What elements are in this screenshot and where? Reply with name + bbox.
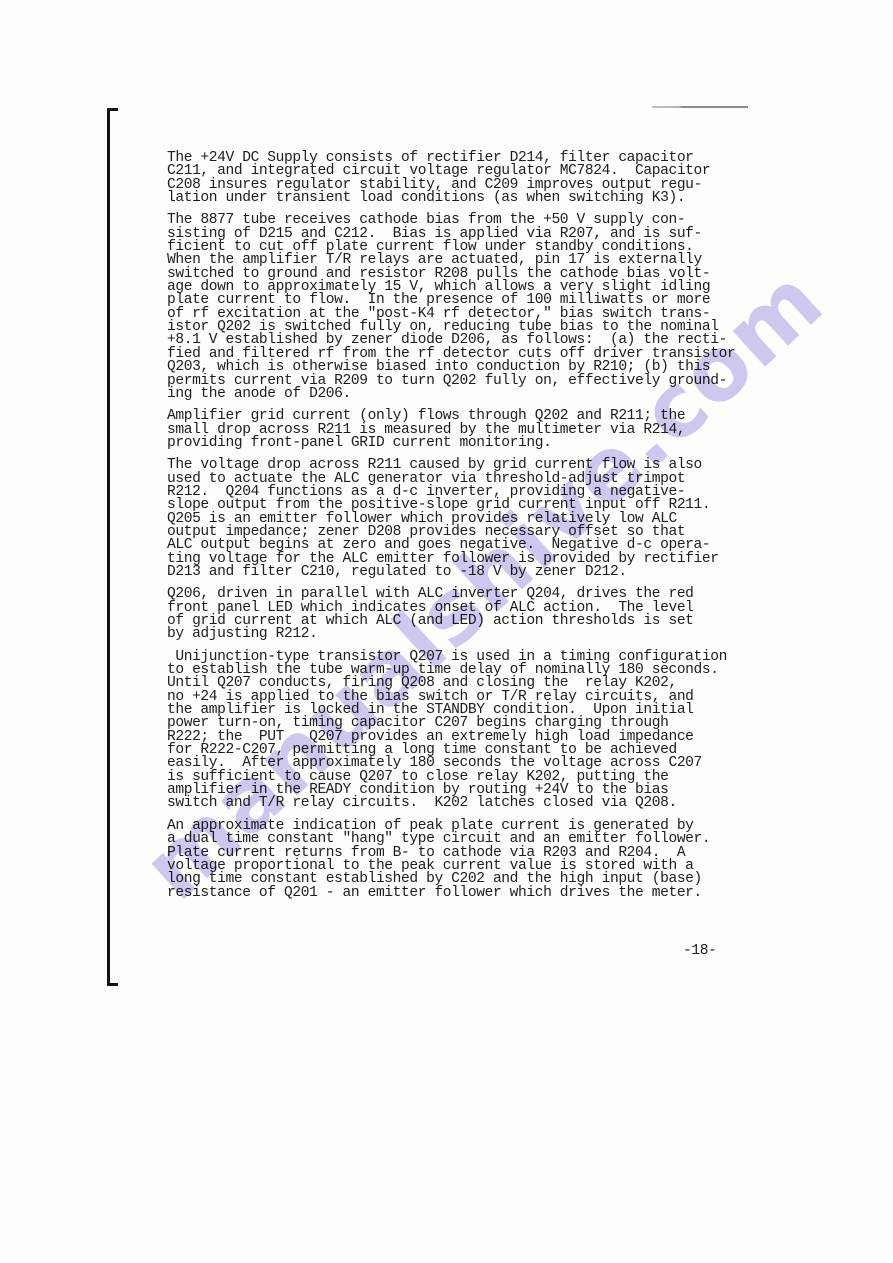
paragraph-alc-generator: The voltage drop across R211 caused by g… — [167, 459, 782, 579]
left-margin-rule — [107, 108, 110, 986]
paragraph-24v-dc-supply: The +24V DC Supply consists of rectifier… — [167, 152, 782, 205]
paragraph-timing-configuration: Unijunction-type transistor Q207 is used… — [167, 651, 782, 811]
paragraph-peak-plate-current: An approximate indication of peak plate … — [167, 820, 782, 900]
body-text: The +24V DC Supply consists of rectifier… — [167, 152, 782, 909]
paragraph-alc-led: Q206, driven in parallel with ALC invert… — [167, 588, 782, 641]
scanned-manual-page: The +24V DC Supply consists of rectifier… — [0, 0, 893, 1263]
paragraph-grid-current: Amplifier grid current (only) flows thro… — [167, 410, 782, 450]
page-number: -18- — [683, 943, 716, 959]
paragraph-8877-cathode-bias: The 8877 tube receives cathode bias from… — [167, 214, 782, 401]
top-right-rule — [652, 106, 748, 108]
